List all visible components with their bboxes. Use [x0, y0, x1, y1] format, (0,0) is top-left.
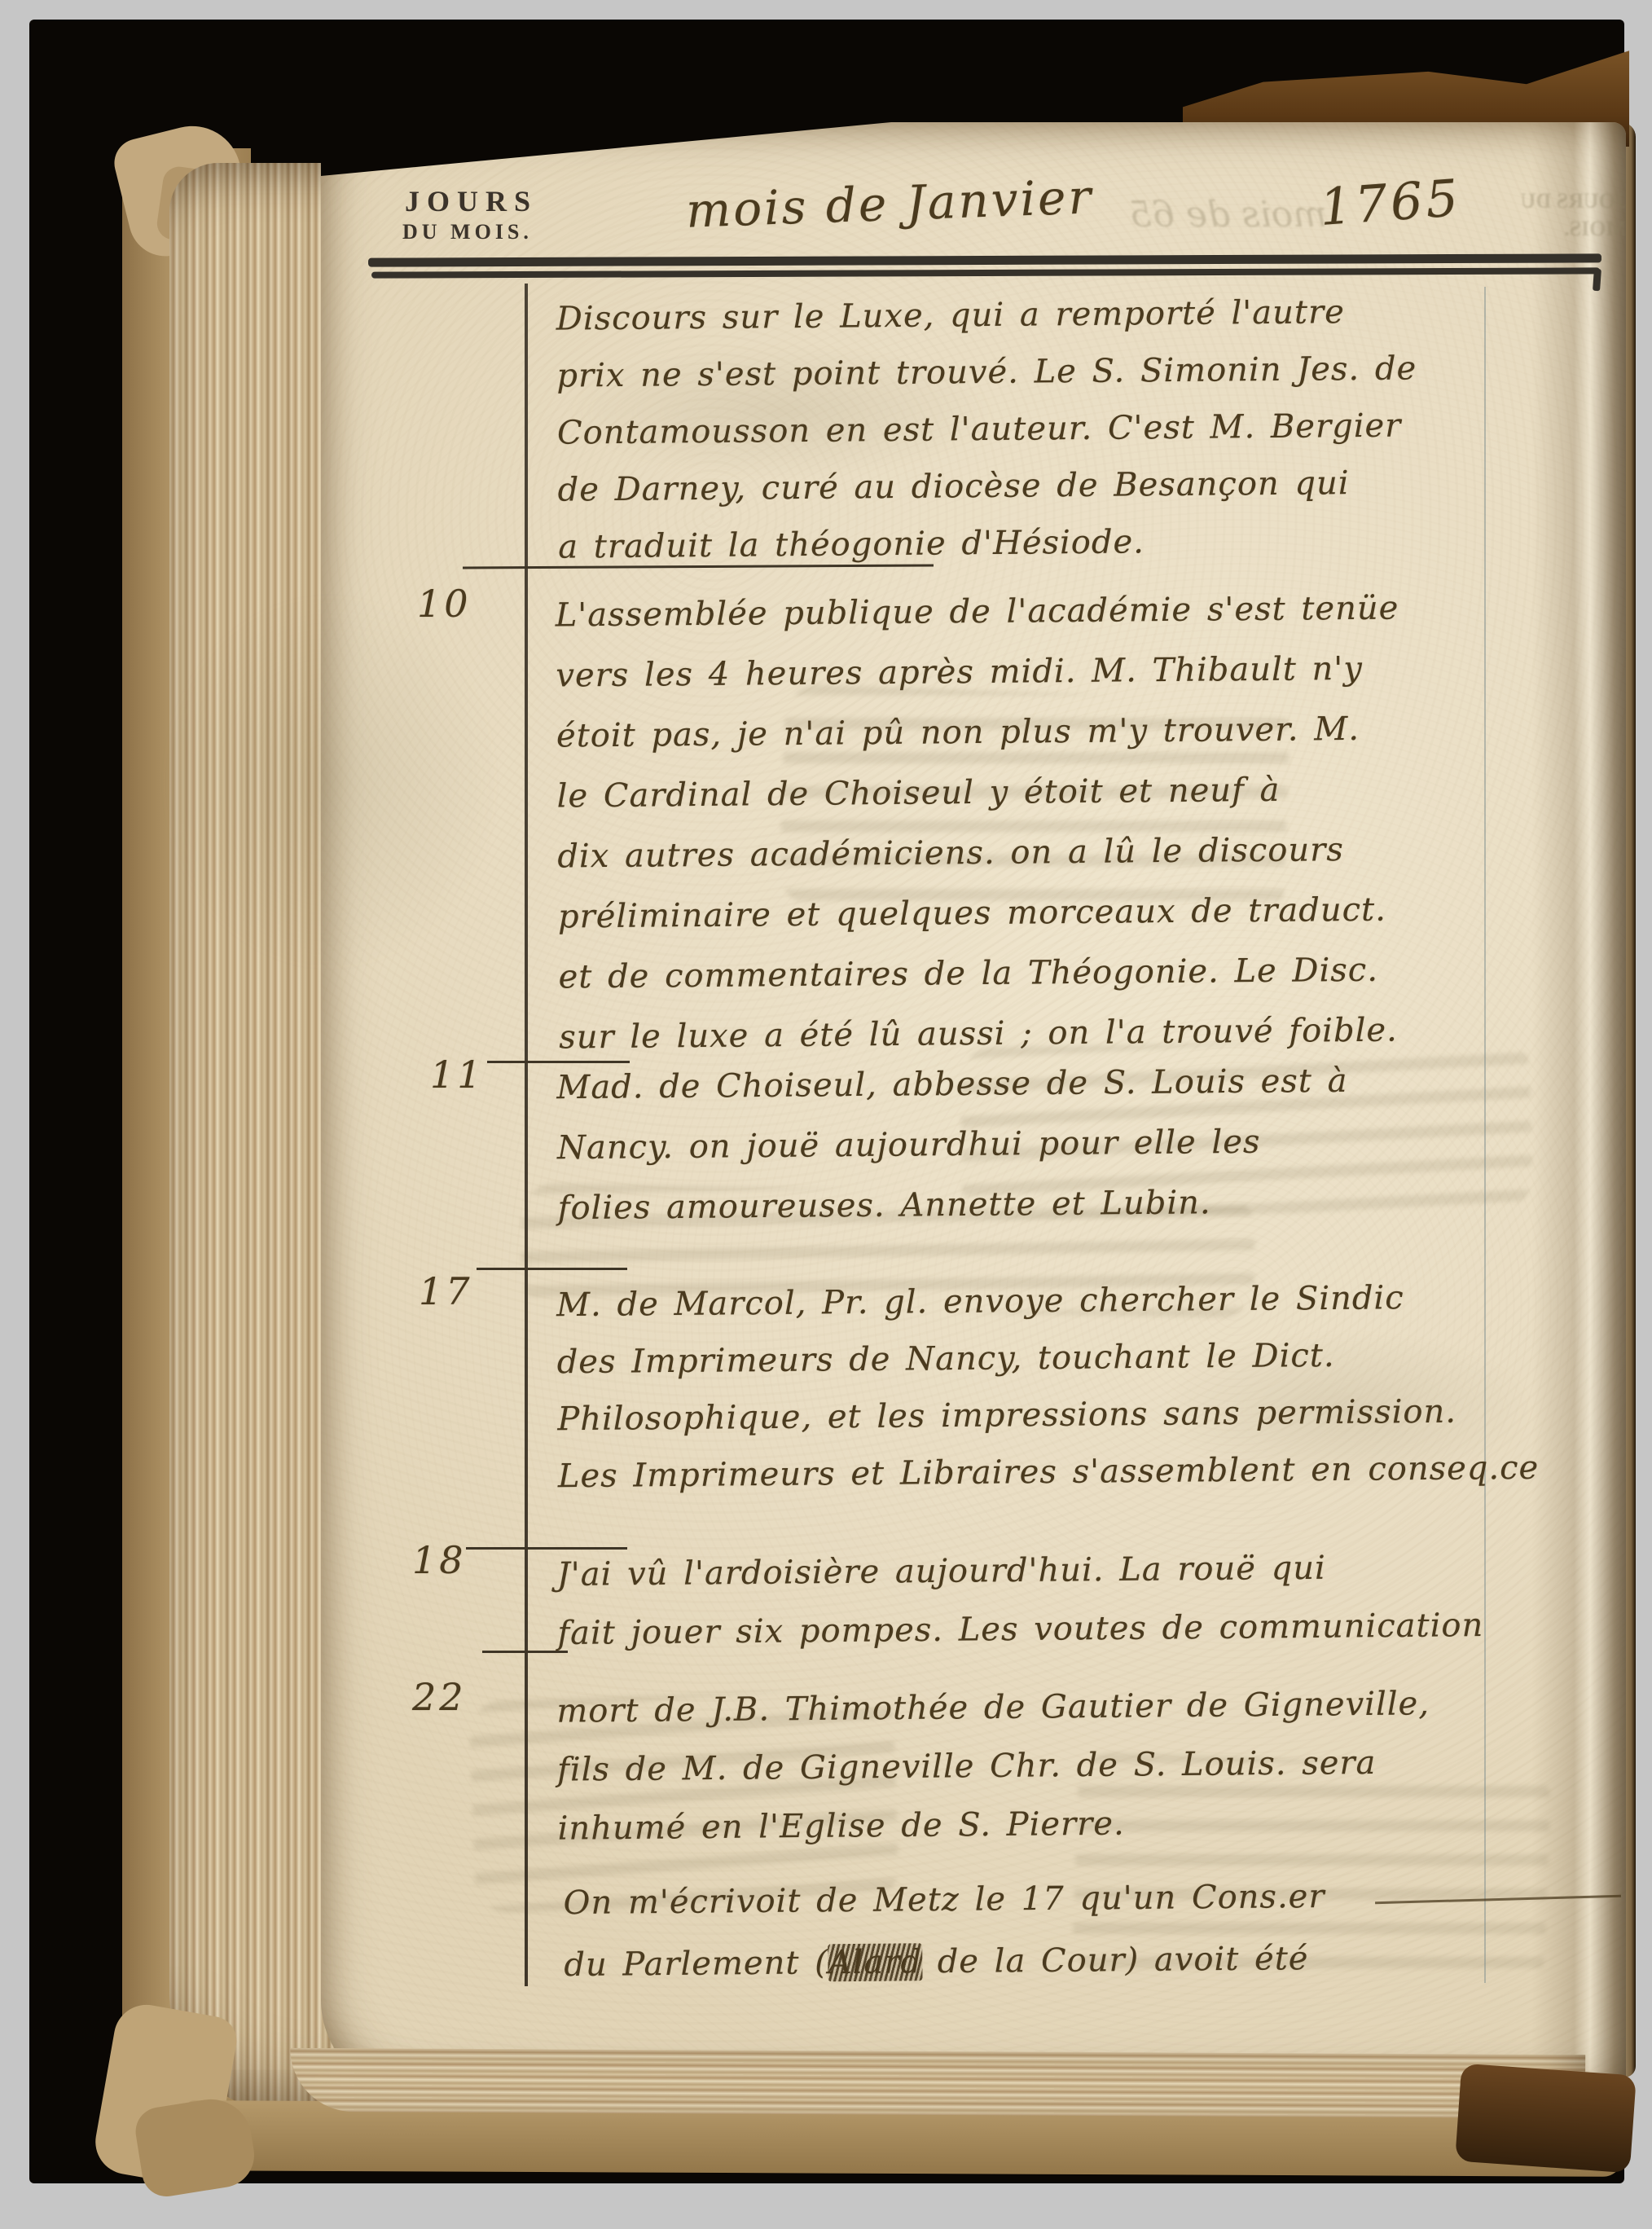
day-column-vertical-rule	[525, 284, 528, 1986]
ghost-title-showthrough: mois de 65	[1129, 194, 1327, 235]
entry-line: a traduit la théogonie d'Hésiode.	[558, 511, 1418, 575]
entry-line: fils de M. de Gigneville Chr. de S. Loui…	[557, 1733, 1430, 1799]
entry-line: dix autres académiciens. on a lû le disc…	[557, 819, 1401, 886]
entry-line: J'ai vû l'ardoisière aujourd'hui. La rou…	[556, 1537, 1483, 1604]
day-number: 11	[430, 1053, 485, 1097]
entry-line: vers les 4 heures après midi. M. Thibaul…	[556, 638, 1399, 706]
entry-line-fragment: de la Cour) avoit été	[922, 1940, 1309, 1981]
year-handwritten: 1765	[1318, 168, 1463, 237]
day-number: 17	[419, 1269, 473, 1313]
entry-line: Discours sur le Luxe, qui a remporté l'a…	[556, 283, 1416, 347]
entry-line: de Darney, curé au diocèse de Besançon q…	[557, 454, 1417, 518]
entry-line-fragment: du Parlement (	[564, 1944, 828, 1984]
entry-line: On m'écrivoit de Metz le 17 qu'un Cons.e…	[563, 1866, 1325, 1934]
entry-line: et de commentaires de la Théogonie. Le D…	[558, 939, 1402, 1007]
entry-separator	[477, 1268, 627, 1270]
entry-line: Les Imprimeurs et Libraires s'assemblent…	[558, 1440, 1540, 1506]
entry-line: fait jouer six pompes. Les voutes de com…	[557, 1596, 1484, 1663]
entry-line: préliminaire et quelques morceaux de tra…	[558, 879, 1402, 947]
day-number: 10	[417, 582, 472, 626]
entry-line: L'assemblée publique de l'académie s'est…	[555, 578, 1399, 645]
entry-line: prix ne s'est point trouvé. Le S. Simoni…	[556, 340, 1417, 404]
entry-line: du Parlement (Alard de la Cour) avoit ét…	[564, 1928, 1325, 1996]
entry-line: Philosophique, et les impressions sans p…	[557, 1383, 1539, 1449]
entry-line: inhumé en l'Eglise de S. Pierre.	[557, 1792, 1430, 1857]
entry-line: mort de J.B. Thimothée de Gautier de Gig…	[556, 1674, 1430, 1740]
entry-line: Nancy. on jouë aujourdhui pour elle les	[557, 1111, 1349, 1178]
day-number: 18	[412, 1538, 467, 1582]
ghost-header-showthrough: JOURS DU MOIS.	[1487, 187, 1626, 243]
entry-line: Mad. de Choiseul, abbesse de S. Louis es…	[556, 1051, 1348, 1118]
journal-entry-day-11: Mad. de Choiseul, abbesse de S. Louis es…	[556, 1051, 1349, 1238]
ink-showthrough-smudge	[155, 587, 505, 978]
page-edge-stack-bottom	[290, 2048, 1585, 2118]
day-number: 22	[412, 1675, 467, 1719]
entry-line: M. de Marcol, Pr. gl. envoye chercher le…	[556, 1268, 1538, 1334]
journal-entry-continuation: Discours sur le Luxe, qui a remporté l'a…	[556, 283, 1418, 575]
journal-entry-day-22: mort de J.B. Thimothée de Gautier de Gig…	[556, 1674, 1430, 1857]
entry-separator	[482, 1651, 568, 1653]
entry-line: des Imprimeurs de Nancy, touchant le Dic…	[556, 1326, 1538, 1391]
journal-entry-day-17: M. de Marcol, Pr. gl. envoye chercher le…	[556, 1268, 1540, 1505]
journal-entry-day-10: L'assemblée publique de l'académie s'est…	[555, 578, 1403, 1067]
printed-header-jours: JOURS	[405, 184, 538, 218]
entry-line: Contamousson en est l'auteur. C'est M. B…	[557, 397, 1417, 461]
leather-binding-bottom-right	[1455, 2064, 1637, 2174]
journal-entry-day-18: J'ai vû l'ardoisière aujourd'hui. La rou…	[556, 1537, 1483, 1663]
printed-header-du-mois: DU MOIS.	[402, 220, 533, 244]
scanned-manuscript-journal-page: JOURS DU MOIS. mois de 65 JOURS DU MOIS.…	[0, 0, 1652, 2229]
scratched-out-word: Alard	[828, 1943, 923, 1981]
entry-line: étoit pas, je n'ai pû non plus m'y trouv…	[556, 698, 1400, 766]
faint-right-margin-line	[1484, 287, 1486, 1983]
entry-line: folies amoureuses. Annette et Lubin.	[557, 1172, 1349, 1238]
entry-line: le Cardinal de Choiseul y étoit et neuf …	[556, 758, 1400, 826]
rule-end-hook	[1593, 269, 1601, 292]
journal-entry-day-22-second-paragraph: On m'écrivoit de Metz le 17 qu'un Cons.e…	[563, 1866, 1325, 1996]
